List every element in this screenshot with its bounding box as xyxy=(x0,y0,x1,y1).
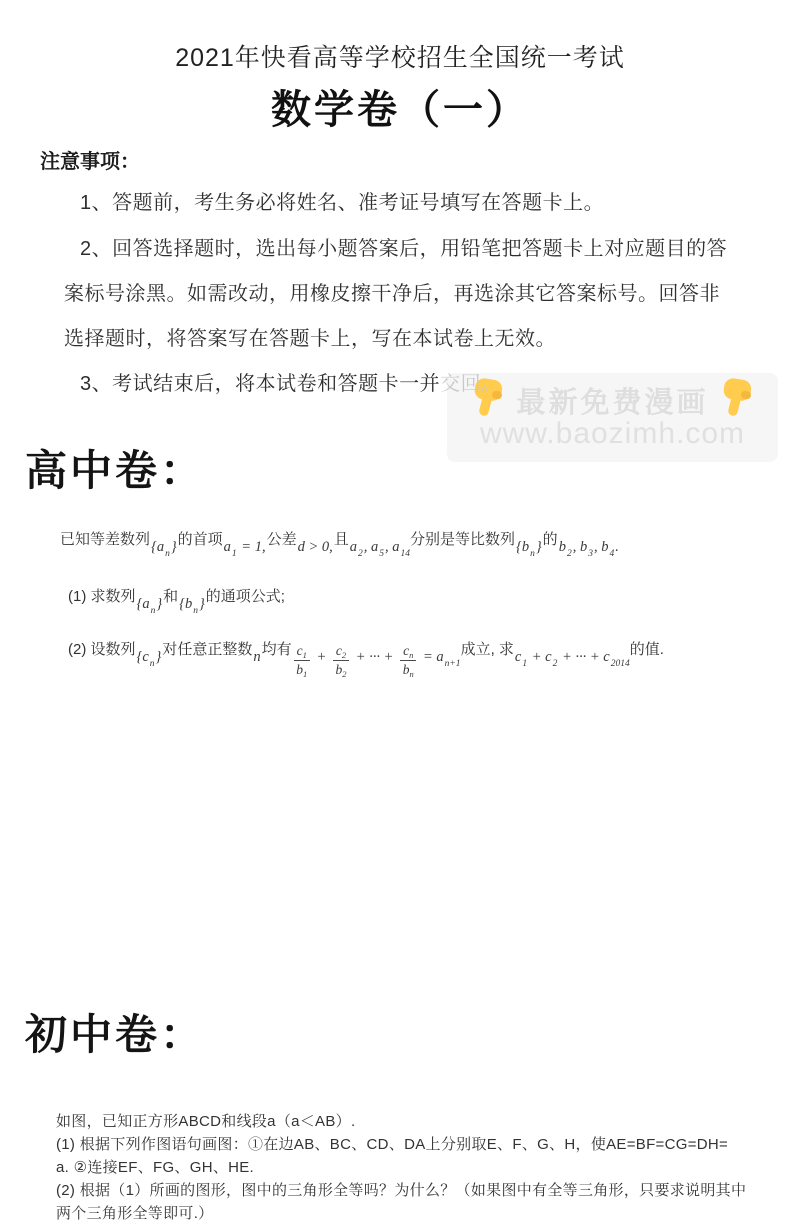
junior-problem: 如图，已知正方形ABCD和线段a（a＜AB）. (1) 根据下列作图语句画图：①… xyxy=(56,1110,786,1225)
junior-problem-line: (1) 根据下列作图语句画图：①在边AB、BC、CD、DA上分别取E、F、G、H… xyxy=(56,1133,786,1156)
junior-problem-line: (2) 根据（1）所画的图形，图中的三角形全等吗？为什么？（如果图中有全等三角形… xyxy=(56,1179,786,1202)
senior-problem-part-2: (2) 设数列{cn}对任意正整数n均有c1b1 + c2b2 + ··· + … xyxy=(68,638,664,674)
junior-problem-line: 如图，已知正方形ABCD和线段a（a＜AB）. xyxy=(56,1110,786,1133)
notice-item-3: 3、考试结束后，将本试卷和答题卡一并交回。 xyxy=(80,367,502,396)
watermark-text: 最新免费漫画 xyxy=(516,380,708,421)
fraction: c2b2 xyxy=(333,643,349,677)
exam-title: 2021年快看高等学校招生全国统一考试 xyxy=(0,38,800,74)
senior-problem-intro: 已知等差数列{an}的首项a1 = 1,公差d > 0,且a2, a5, a14… xyxy=(60,528,620,549)
notice-item-3-text: 3、考试结束后，将本试卷和答题卡一并 xyxy=(80,373,440,395)
notice-item-2-line-2: 案标号涂黑。如需改动，用橡皮擦干净后，再选涂其它答案标号。回答非 xyxy=(64,277,720,306)
section-heading-junior: 初中卷： xyxy=(25,1002,205,1062)
notice-item-2-line-3: 选择题时，将答案写在答题卡上，写在本试卷上无效。 xyxy=(64,322,556,351)
watermark-url: www.baozimh.com xyxy=(447,417,778,451)
notice-item-3-faded-text: 交回。 xyxy=(440,373,502,395)
exam-document-page: 2021年快看高等学校招生全国统一考试 数学卷（一） 注意事项： 1、答题前，考… xyxy=(0,0,800,1229)
fraction: cnbn xyxy=(400,643,416,677)
fraction: c1b1 xyxy=(294,643,310,677)
junior-problem-line: a. ②连接EF、FG、GH、HE. xyxy=(56,1156,786,1179)
junior-problem-line: 两个三角形全等即可.） xyxy=(56,1202,786,1225)
notices-heading: 注意事项： xyxy=(40,145,140,174)
section-heading-senior: 高中卷： xyxy=(25,438,205,498)
senior-problem-part-1: (1) 求数列{an}和{bn}的通项公式; xyxy=(68,585,285,606)
notice-item-2-line-1: 2、回答选择题时，选出每小题答案后，用铅笔把答题卡上对应题目的答 xyxy=(80,232,727,261)
paper-title: 数学卷（一） xyxy=(0,78,800,135)
notice-item-1: 1、答题前，考生务必将姓名、准考证号填写在答题卡上。 xyxy=(80,186,604,215)
